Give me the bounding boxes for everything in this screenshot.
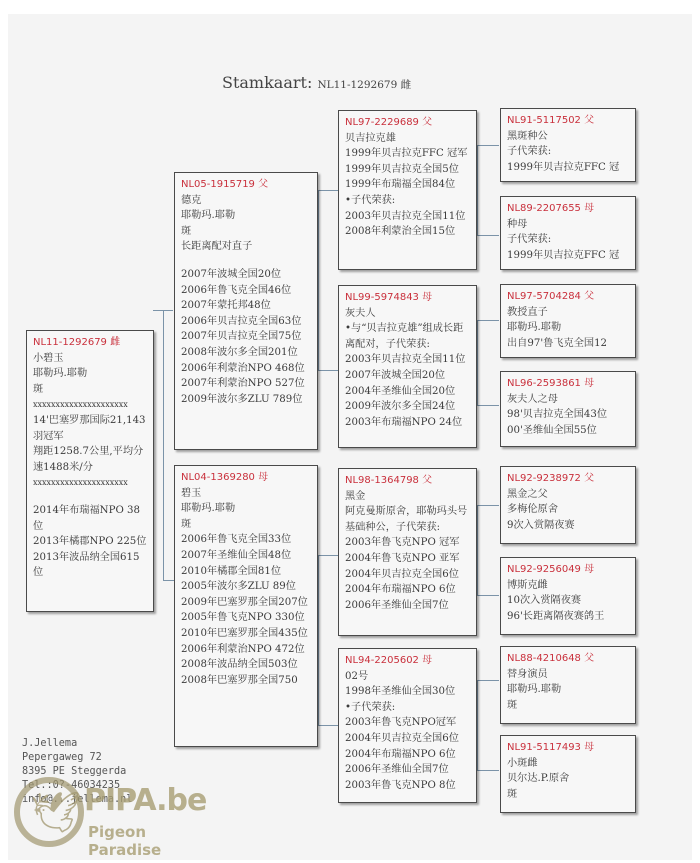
card-line: 2004年贝吉拉克全国6位 (345, 567, 470, 583)
card-line: 子代荣获: (507, 144, 629, 160)
connector-line (477, 770, 499, 771)
ring-number: NL04-1369280 母 (181, 470, 311, 486)
card-line: 2006年利蒙治NPO 468位 (181, 361, 311, 377)
card-line: 斑 (33, 382, 147, 398)
card-line: 2003年布瑞福NPO 24位 (345, 415, 470, 431)
card-line: 阿克曼斯原舍，耶勒玛头号基础种公，子代荣获: (345, 504, 470, 535)
pigeon-card-ssd: NL89-2207655 母 种母 子代荣获: 1999年贝吉拉克FFC 冠 (500, 196, 636, 270)
card-line: 1999年贝吉拉克全国5位 (345, 162, 470, 178)
card-line: 2010年巴塞罗那全国435位 (181, 626, 311, 642)
card-line: 2007年波城全国20位 (181, 267, 311, 283)
card-line: 贝吉拉克雄 (345, 131, 470, 147)
pigeon-card-dds: NL88-4210648 父 替身演员 耶勒玛.耶勒 斑 (500, 646, 636, 724)
connector-line (477, 680, 478, 770)
owner-street: Pepergaweg 72 (22, 751, 132, 765)
card-line: 2009年波尔多全国24位 (345, 399, 470, 415)
ring-number: NL92-9238972 父 (507, 471, 629, 487)
card-line: 2003年鲁飞克NPO冠军 (345, 715, 470, 731)
card-line: 2006年鲁飞克全国46位 (181, 283, 311, 299)
pigeon-card-dsd: NL92-9256049 母 博斯克雌 10次入赏隔夜赛 96'长距离隔夜赛鸽王 (500, 557, 636, 635)
card-line: 2006年贝吉拉克全国63位 (181, 314, 311, 330)
card-line: 2004年布瑞福NPO 6位 (345, 582, 470, 598)
card-line: 96'长距离隔夜赛鸽王 (507, 609, 629, 625)
pigeon-card-sire-sire: NL97-2229689 父 贝吉拉克雄 1999年贝吉拉克FFC 冠军 199… (338, 110, 477, 270)
card-line: 2003年贝吉拉克全国11位 (345, 352, 470, 368)
card-line: 2007年蒙托邦48位 (181, 298, 311, 314)
card-line: 2003年鲁飞克NPO 冠军 (345, 535, 470, 551)
card-line: 00'圣维仙全国55位 (507, 423, 629, 439)
connector-line (477, 505, 478, 595)
connector-line (318, 190, 319, 370)
pigeon-card-sss: NL91-5117502 父 黑斑种公 子代荣获: 1999年贝吉拉克FFC 冠 (500, 108, 636, 182)
card-line: 2004年布瑞福NPO 6位 (345, 747, 470, 763)
card-line: 替身演员 (507, 667, 629, 683)
connector-line (318, 370, 338, 371)
ring-number: NL98-1364798 父 (345, 473, 470, 489)
connector-line (163, 310, 164, 580)
card-line: 2007年圣维仙全国48位 (181, 548, 311, 564)
card-line: 2007年波城全国20位 (345, 368, 470, 384)
card-line: 1998年圣维仙全国30位 (345, 684, 470, 700)
pigeon-card-subject: NL11-1292679 雌 小碧玉 耶勒玛.耶勒 斑 xxxxxxxxxxxx… (26, 330, 154, 612)
card-line: 斑 (181, 517, 311, 533)
ring-number: NL97-5704284 父 (507, 289, 629, 305)
card-line: 2003年贝吉拉克全国11位 (345, 209, 470, 225)
connector-line (477, 145, 499, 146)
connector-line (477, 320, 478, 405)
card-line: 98'贝吉拉克全国43位 (507, 407, 629, 423)
card-line: 2006年圣维仙全国7位 (345, 598, 470, 614)
ring-number: NL89-2207655 母 (507, 201, 629, 217)
connector-line (477, 235, 499, 236)
connector-line (477, 145, 478, 235)
card-line: 小碧玉 (33, 351, 147, 367)
connector-line (477, 680, 499, 681)
card-line: 2004年鲁飞克NPO 亚军 (345, 551, 470, 567)
page-title: Stamkaart: NL11-1292679 雌 (222, 73, 411, 92)
card-line: 2009年巴塞罗那全国207位 (181, 595, 311, 611)
card-line: xxxxxxxxxxxxxxxxxxxxx (33, 397, 147, 413)
card-line: 灰夫人 (345, 306, 470, 322)
card-line: 黑斑种公 (507, 129, 629, 145)
card-line: 德克 (181, 193, 311, 209)
connector-line (318, 555, 338, 556)
card-line: •与“贝吉拉克雄”组成长距离配对，子代荣获: (345, 321, 470, 352)
card-line: 2006年利蒙治NPO 472位 (181, 642, 311, 658)
card-line: 耶勒玛.耶勒 (507, 682, 629, 698)
card-line: 2006年圣维仙全国7位 (345, 762, 470, 778)
card-line: 2005年鲁飞克NPO 330位 (181, 610, 311, 626)
connector-line (318, 190, 338, 191)
card-line: •子代荣获: (345, 193, 470, 209)
pigeon-card-dam-sire: NL98-1364798 父 黑金 阿克曼斯原舍，耶勒玛头号基础种公，子代荣获:… (338, 468, 477, 636)
owner-address: J.Jellema Pepergaweg 72 8395 PE Steggerd… (22, 737, 132, 807)
card-line: 2008年波尔多全国201位 (181, 345, 311, 361)
card-line: 种母 (507, 217, 629, 233)
title-ring-number: NL11-1292679 雌 (317, 79, 411, 91)
card-line: 斑 (507, 698, 629, 714)
card-line: 耶勒玛.耶勒 (181, 208, 311, 224)
pigeon-card-sds: NL97-5704284 父 教授直子 耶勒玛.耶勒 出自97'鲁飞克全国12 (500, 284, 636, 358)
card-line: 2004年贝吉拉克全国6位 (345, 731, 470, 747)
card-line: 2007年利蒙治NPO 527位 (181, 376, 311, 392)
card-line: 多梅伦原舍 (507, 502, 629, 518)
card-line: 耶勒玛.耶勒 (181, 501, 311, 517)
card-line: 耶勒玛.耶勒 (507, 320, 629, 336)
connector-line (477, 320, 499, 321)
card-line: 02号 (345, 669, 470, 685)
card-line: 9次入赏隔夜赛 (507, 518, 629, 534)
ring-number: NL91-5117502 父 (507, 113, 629, 129)
card-line: 2007年贝吉拉克全国75位 (181, 329, 311, 345)
connector-line (477, 505, 499, 506)
card-line: 黑金之父 (507, 487, 629, 503)
card-line: 2003年鲁飞克NPO 8位 (345, 778, 470, 794)
pigeon-card-sire-dam: NL99-5974843 母 灰夫人 •与“贝吉拉克雄”组成长距离配对，子代荣获… (338, 285, 477, 448)
card-line: 博斯克雌 (507, 578, 629, 594)
card-line: 2014年布瑞福NPO 38位 (33, 503, 147, 534)
card-line: 2008年利蒙治全国15位 (345, 224, 470, 240)
ring-number: NL99-5974843 母 (345, 290, 470, 306)
card-line: 2013年波品纳全国615位 (33, 550, 147, 581)
ring-number: NL94-2205602 母 (345, 653, 470, 669)
card-line: 碧玉 (181, 486, 311, 502)
card-line: 2004年圣维仙全国20位 (345, 384, 470, 400)
card-line: 耶勒玛.耶勒 (33, 366, 147, 382)
card-line: 2008年巴塞罗那全国750 (181, 673, 311, 689)
card-line: 2006年鲁飞克全国33位 (181, 532, 311, 548)
owner-email: info@...jellema.nl (22, 793, 132, 807)
ring-number: NL88-4210648 父 (507, 651, 629, 667)
pigeon-card-ddd: NL91-5117493 母 小斑雌 贝尔达.P.原舍 斑 (500, 735, 636, 813)
card-line: xxxxxxxxxxxxxxxxxxxxx (33, 475, 147, 491)
pigeon-card-sdd: NL96-2593861 母 灰夫人之母 98'贝吉拉克全国43位 00'圣维仙… (500, 371, 636, 447)
ring-number: NL11-1292679 雌 (33, 335, 147, 351)
card-line: •子代荣获: (345, 700, 470, 716)
card-line: 1999年贝吉拉克FFC 冠 (507, 160, 629, 176)
card-line: 10次入赏隔夜赛 (507, 593, 629, 609)
pigeon-card-dam: NL04-1369280 母 碧玉 耶勒玛.耶勒 斑 2006年鲁飞克全国33位… (174, 465, 318, 747)
ring-number: NL92-9256049 母 (507, 562, 629, 578)
card-line: 2009年波尔多ZLU 789位 (181, 392, 311, 408)
card-line: 斑 (507, 787, 629, 803)
connector-line (477, 405, 499, 406)
pigeon-card-sire: NL05-1915719 父 德克 耶勒玛.耶勒 斑 长距离配对直子 2007年… (174, 172, 318, 450)
title-label: Stamkaart: (222, 73, 312, 92)
owner-city: 8395 PE Steggerda (22, 765, 132, 779)
card-line: 1999年贝吉拉克FFC 冠军 (345, 146, 470, 162)
pigeon-card-dss: NL92-9238972 父 黑金之父 多梅伦原舍 9次入赏隔夜赛 (500, 466, 636, 544)
card-line: 2005年波尔多ZLU 89位 (181, 579, 311, 595)
ring-number: NL05-1915719 父 (181, 177, 311, 193)
card-line: 2008年波品纳全国503位 (181, 657, 311, 673)
ring-number: NL96-2593861 母 (507, 376, 629, 392)
card-line: 长距离配对直子 (181, 239, 311, 255)
pigeon-card-dam-dam: NL94-2205602 母 02号 1998年圣维仙全国30位 •子代荣获: … (338, 648, 477, 803)
ring-number: NL97-2229689 父 (345, 115, 470, 131)
card-line: 黑金 (345, 489, 470, 505)
card-line: 灰夫人之母 (507, 392, 629, 408)
card-line: 教授直子 (507, 305, 629, 321)
connector-line (318, 725, 338, 726)
card-line: 出自97'鲁飞克全国12 (507, 336, 629, 352)
owner-name: J.Jellema (22, 737, 132, 751)
connector-line (318, 555, 319, 725)
card-line: 贝尔达.P.原舍 (507, 771, 629, 787)
card-line: 2010年橘郡全国81位 (181, 564, 311, 580)
connector-line (477, 595, 499, 596)
spacer (181, 255, 311, 267)
ring-number: NL91-5117493 母 (507, 740, 629, 756)
card-line: 1999年布瑞福全国84位 (345, 177, 470, 193)
card-line: 翔距1258.7公里,平均分速1488米/分 (33, 444, 147, 475)
card-line: 斑 (181, 224, 311, 240)
card-line: 子代荣获: (507, 232, 629, 248)
spacer (33, 491, 147, 503)
card-line: 14'巴塞罗那国际21,143羽冠军 (33, 413, 147, 444)
card-line: 1999年贝吉拉克FFC 冠 (507, 248, 629, 264)
card-line: 小斑雌 (507, 756, 629, 772)
card-line: 2013年橘郡NPO 225位 (33, 534, 147, 550)
owner-tel: Tel.:0?-46034235 (22, 779, 132, 793)
